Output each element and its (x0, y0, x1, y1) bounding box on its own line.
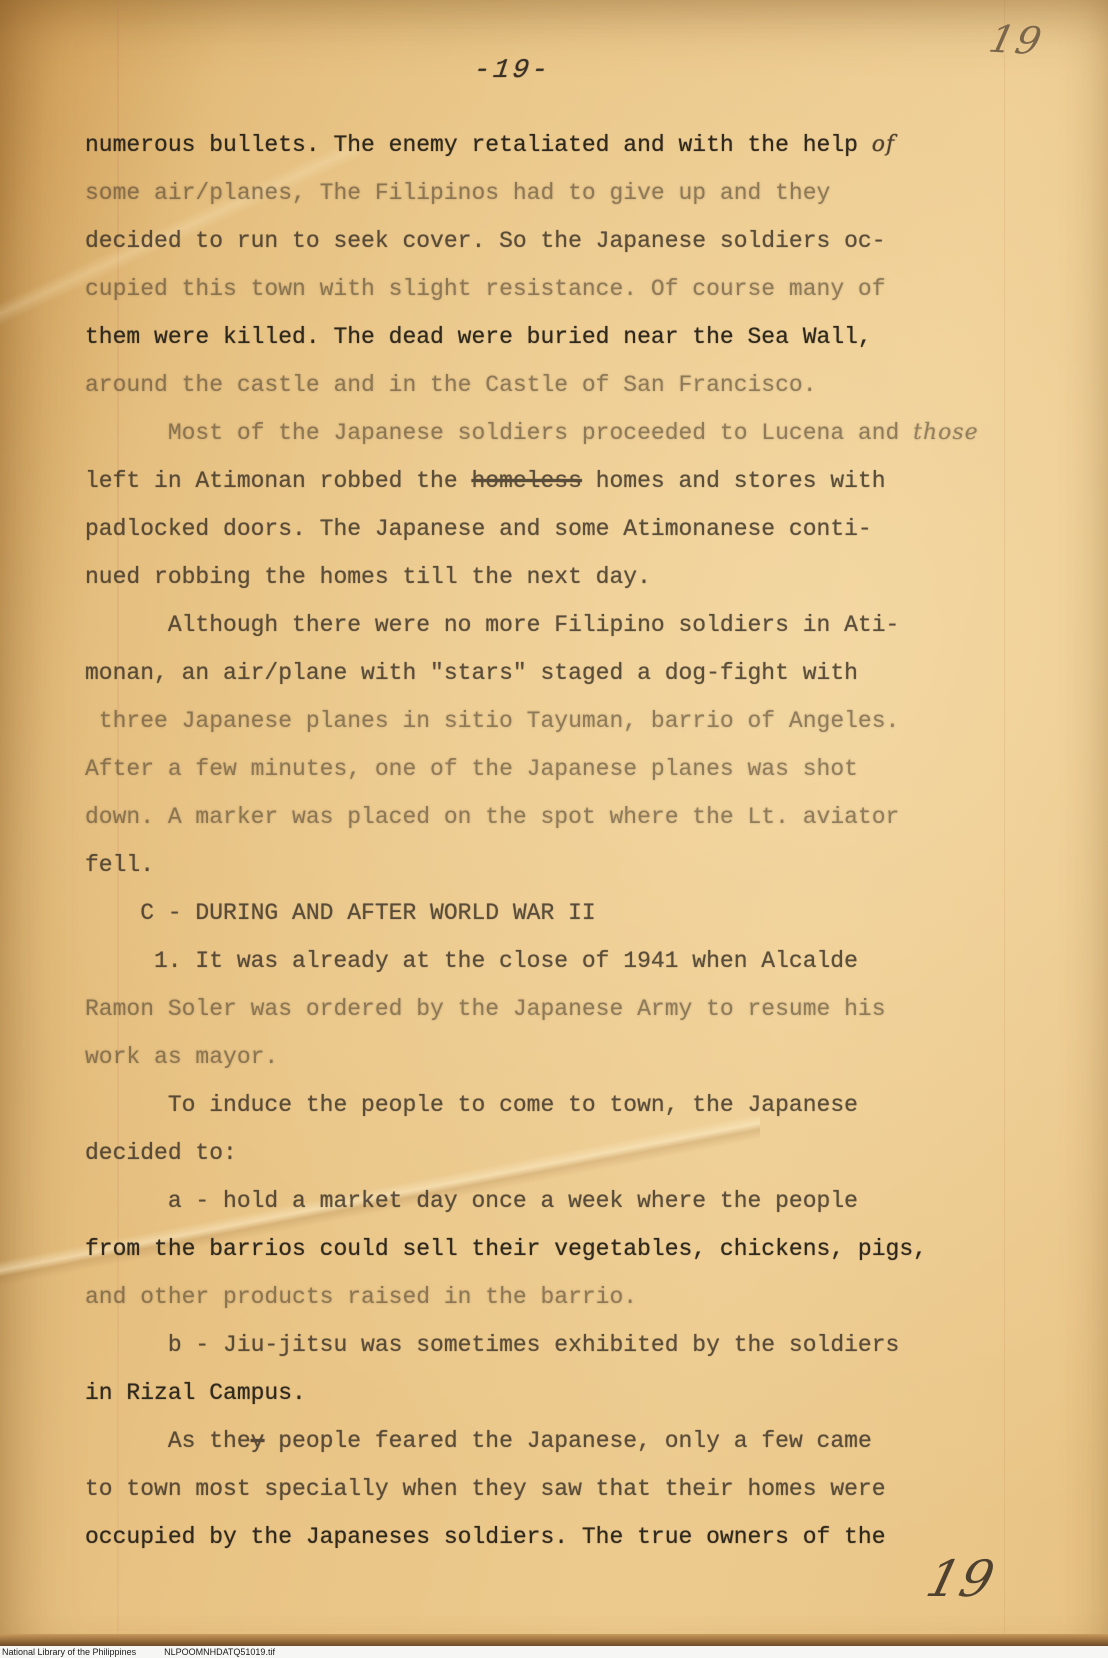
library-label: National Library of the Philippines (2, 1647, 136, 1657)
typed-line: As they people feared the Japanese, only… (85, 1417, 1068, 1465)
typed-segment: in Rizal Campus. (85, 1380, 306, 1406)
scanned-document-page: 19 -19- numerous bullets. The enemy reta… (0, 0, 1108, 1658)
typed-line: from the barrios could sell their vegeta… (85, 1225, 1068, 1273)
typed-segment: Most of the Japanese soldiers proceeded … (168, 420, 913, 446)
typed-segment: b - Jiu-jitsu was sometimes exhibited by… (168, 1332, 900, 1358)
typed-line: decided to: (85, 1129, 1068, 1177)
typed-line: some air/planes, The Filipinos had to gi… (85, 169, 1068, 217)
typed-line: Most of the Japanese soldiers proceeded … (85, 409, 1068, 457)
typed-line: around the castle and in the Castle of S… (85, 361, 1068, 409)
struckthrough-segment: homeless (471, 468, 581, 494)
typed-line: fell. (85, 841, 1068, 889)
typed-segment: monan, an air/plane with "stars" staged … (85, 660, 858, 686)
typed-segment: them were killed. The dead were buried n… (85, 324, 872, 350)
typed-line: padlocked doors. The Japanese and some A… (85, 505, 1068, 553)
typed-segment: left in Atimonan robbed the (85, 468, 471, 494)
typed-segment: occupied by the Japaneses soldiers. The … (85, 1524, 886, 1550)
typed-segment: 1. It was already at the close of 1941 w… (154, 948, 858, 974)
typed-line: Ramon Soler was ordered by the Japanese … (85, 985, 1068, 1033)
typed-line: monan, an air/plane with "stars" staged … (85, 649, 1068, 697)
typed-segment: Ramon Soler was ordered by the Japanese … (85, 996, 886, 1022)
typed-segment: padlocked doors. The Japanese and some A… (85, 516, 872, 542)
typed-line: 1. It was already at the close of 1941 w… (85, 937, 1068, 985)
typed-segment: numerous bullets. The enemy retaliated a… (85, 132, 872, 158)
typed-segment: a - hold a market day once a week where … (168, 1188, 858, 1214)
typed-segment: three Japanese planes in sitio Tayuman, … (99, 708, 900, 734)
typed-line: work as mayor. (85, 1033, 1068, 1081)
typed-line: to town most specially when they saw tha… (85, 1465, 1068, 1513)
handwritten-segment: of (872, 132, 895, 157)
typed-segment: homes and stores with (582, 468, 886, 494)
page-bottom-edge (0, 1634, 1108, 1646)
typed-segment: As the (168, 1428, 251, 1454)
typed-line: Although there were no more Filipino sol… (85, 601, 1068, 649)
typed-segment: some air/planes, The Filipinos had to gi… (85, 180, 830, 206)
typed-line: in Rizal Campus. (85, 1369, 1068, 1417)
typed-line: and other products raised in the barrio. (85, 1273, 1068, 1321)
typed-line: numerous bullets. The enemy retaliated a… (85, 121, 1068, 169)
handwritten-page-number-bottom: 19 (921, 1550, 1001, 1608)
typed-segment: to town most specially when they saw tha… (85, 1476, 886, 1502)
typed-line: cupied this town with slight resistance.… (85, 265, 1068, 313)
typed-line: three Japanese planes in sitio Tayuman, … (85, 697, 1068, 745)
handwritten-page-number-top: 19 (985, 17, 1047, 63)
typed-segment: and other products raised in the barrio. (85, 1284, 637, 1310)
typed-segment: Although there were no more Filipino sol… (168, 612, 900, 638)
typed-line: left in Atimonan robbed the homeless hom… (85, 457, 1068, 505)
typed-segment: To induce the people to come to town, th… (168, 1092, 858, 1118)
scan-footer-bar: National Library of the Philippines NLPO… (0, 1646, 1108, 1658)
typed-line: nued robbing the homes till the next day… (85, 553, 1068, 601)
typed-segment: After a few minutes, one of the Japanese… (85, 756, 858, 782)
typed-line: occupied by the Japaneses soldiers. The … (85, 1513, 1068, 1561)
typed-line: down. A marker was placed on the spot wh… (85, 793, 1068, 841)
typed-line: a - hold a market day once a week where … (85, 1177, 1068, 1225)
scan-filename-label: NLPOOMNHDATQ51019.tif (164, 1647, 275, 1657)
typed-line: b - Jiu-jitsu was sometimes exhibited by… (85, 1321, 1068, 1369)
typed-segment: work as mayor. (85, 1044, 278, 1070)
struckthrough-segment: y (251, 1428, 265, 1454)
typed-line: decided to run to seek cover. So the Jap… (85, 217, 1068, 265)
typed-page-number: -19- (472, 56, 553, 86)
typed-segment: nued robbing the homes till the next day… (85, 564, 651, 590)
typed-line: After a few minutes, one of the Japanese… (85, 745, 1068, 793)
typed-segment: from the barrios could sell their vegeta… (85, 1236, 927, 1262)
typed-segment: decided to: (85, 1140, 237, 1166)
typed-line: them were killed. The dead were buried n… (85, 313, 1068, 361)
typed-segment: around the castle and in the Castle of S… (85, 372, 817, 398)
handwritten-segment: those (913, 420, 979, 445)
typed-segment: cupied this town with slight resistance.… (85, 276, 886, 302)
typed-line: To induce the people to come to town, th… (85, 1081, 1068, 1129)
typed-segment: C - DURING AND AFTER WORLD WAR II (140, 900, 595, 926)
typed-line: C - DURING AND AFTER WORLD WAR II (85, 889, 1068, 937)
typed-segment: decided to run to seek cover. So the Jap… (85, 228, 886, 254)
typed-segment: fell. (85, 852, 154, 878)
typed-segment: down. A marker was placed on the spot wh… (85, 804, 899, 830)
typed-text-block: numerous bullets. The enemy retaliated a… (85, 121, 1068, 1561)
typed-segment: people feared the Japanese, only a few c… (264, 1428, 871, 1454)
